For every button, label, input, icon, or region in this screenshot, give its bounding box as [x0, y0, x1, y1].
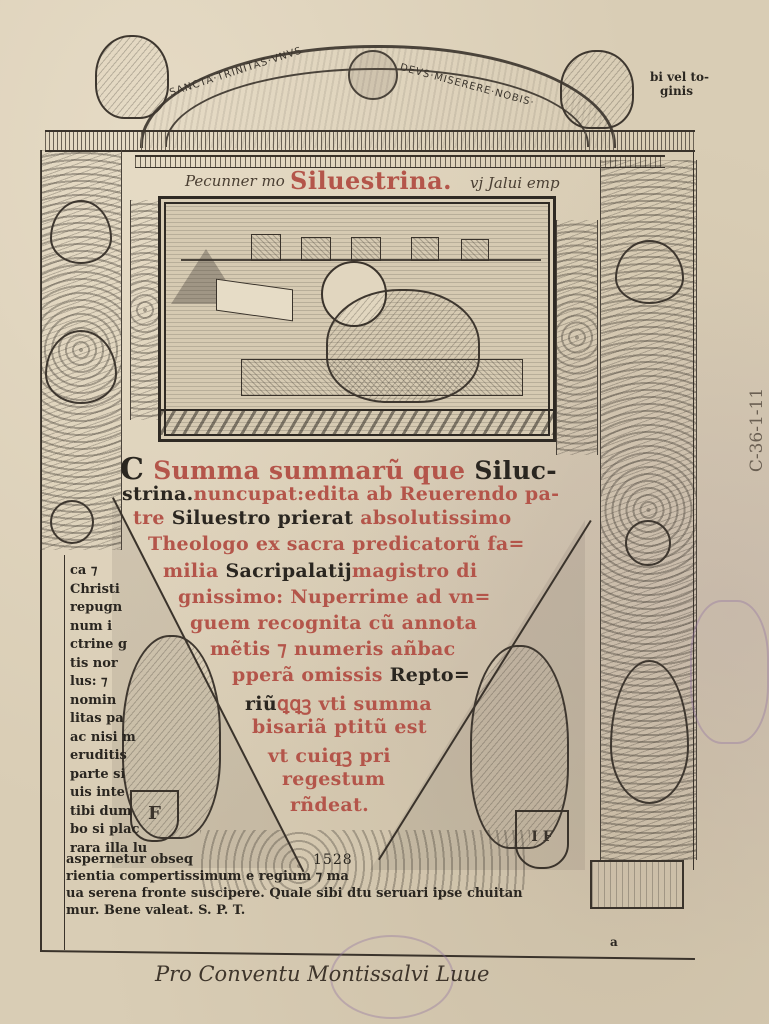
left-text-line: ac nisi m [70, 729, 147, 748]
left-column-face-icon [50, 500, 94, 544]
left-text-line: bo si plac [70, 821, 147, 840]
left-text-line: Christi [70, 581, 147, 600]
left-text-line: lus: ⁊ [70, 673, 147, 692]
bottom-text-line: mur. Bene valeat. S. P. T. [66, 902, 523, 919]
decorative-leaf-frieze [161, 409, 553, 435]
title-line-8: mẽtis ⁊ numeris añbac [210, 638, 456, 660]
right-column-pedestal [590, 860, 684, 909]
angel-right-icon [560, 50, 634, 129]
title-line-14: rñdeat. [290, 794, 369, 816]
shelf-book-icon [251, 234, 281, 261]
right-shield-mark: I F [531, 829, 552, 845]
title-line-11: bisariã ptitũ est [252, 716, 427, 738]
title-line-1: C Summa summarũ que Siluc- [120, 452, 557, 487]
handwritten-note-right: vj Jalui emp [470, 174, 560, 192]
top-right-note-line1: bi vel to- [650, 70, 709, 84]
title-line-12: vt cuiqꝫ pri [268, 742, 391, 768]
left-text-line: ctrine g [70, 636, 147, 655]
woodcut-illustration [158, 196, 556, 442]
right-inner-pilaster [556, 220, 598, 455]
left-text-line: ca ⁊ [70, 562, 147, 581]
left-text-rule [64, 555, 65, 950]
left-inner-pilaster [130, 200, 160, 420]
left-text-column: ca ⁊ Christi repugn num i ctrine g tis n… [70, 562, 147, 858]
left-text-line: parte si [70, 766, 147, 785]
angel-left-icon [95, 35, 169, 119]
title-line-3: tre Siluestro prierat absolutissimo [133, 507, 512, 529]
shelf-book-icon [351, 237, 381, 261]
left-text-line: nomin [70, 692, 147, 711]
title-line-13: regestum [282, 768, 385, 790]
left-shield-mark: F [148, 803, 161, 824]
handwritten-note-left: Pecunner mo [185, 172, 285, 190]
margin-shelfmark: C-36-1-11 [747, 388, 767, 472]
right-column-face-icon [625, 520, 671, 566]
shelf-book-icon [461, 239, 489, 261]
bottom-text-line: ua serena fronte suscipere. Quale sibi d… [66, 885, 523, 902]
title-line-6: gnissimo: Nuperrime ad vn= [178, 586, 491, 608]
title-line-10: riũꝗꝗꝫ vti summa [245, 690, 432, 716]
left-text-line: uis inte [70, 784, 147, 803]
top-right-note: bi vel to- ginis [650, 70, 709, 98]
title-line-9: pperã omissis Repto= [232, 664, 470, 686]
top-right-note-line2: ginis [650, 84, 709, 98]
left-text-line: litas pa [70, 710, 147, 729]
bottom-text-block: aspernetur obseq rientia compertissimum … [66, 851, 523, 919]
left-text-line: num i [70, 618, 147, 637]
page-title: Siluestrina. [290, 166, 452, 195]
title-line-4: Theologo ex sacra predicatorũ fa= [148, 533, 525, 555]
shelf-book-icon [301, 237, 331, 261]
margin-stamp-icon [690, 600, 769, 744]
left-text-line: tibi dum [70, 803, 147, 822]
ownership-inscription: Pro Conventu Montissalvi Luue [155, 962, 489, 986]
title-line-7: guem recognita cũ annota [190, 612, 477, 634]
left-text-line: repugn [70, 599, 147, 618]
title-line-2: strina.nuncupat:edita ab Reuerendo pa- [122, 483, 559, 505]
title-line-5: milia Sacripalatijmagistro di [163, 560, 477, 582]
left-text-line: tis nor [70, 655, 147, 674]
shelf-book-icon [411, 237, 439, 261]
left-text-line: eruditis [70, 747, 147, 766]
desk-icon [241, 359, 523, 396]
open-book-on-lectern-icon [216, 279, 293, 322]
signature-mark: a [610, 935, 618, 949]
bottom-text-line: aspernetur obseq [66, 851, 523, 868]
upper-cornice [45, 130, 695, 152]
christ-halo-icon [348, 50, 398, 100]
bottom-text-line: rientia compertissimum e regium ⁊ ma [66, 868, 523, 885]
